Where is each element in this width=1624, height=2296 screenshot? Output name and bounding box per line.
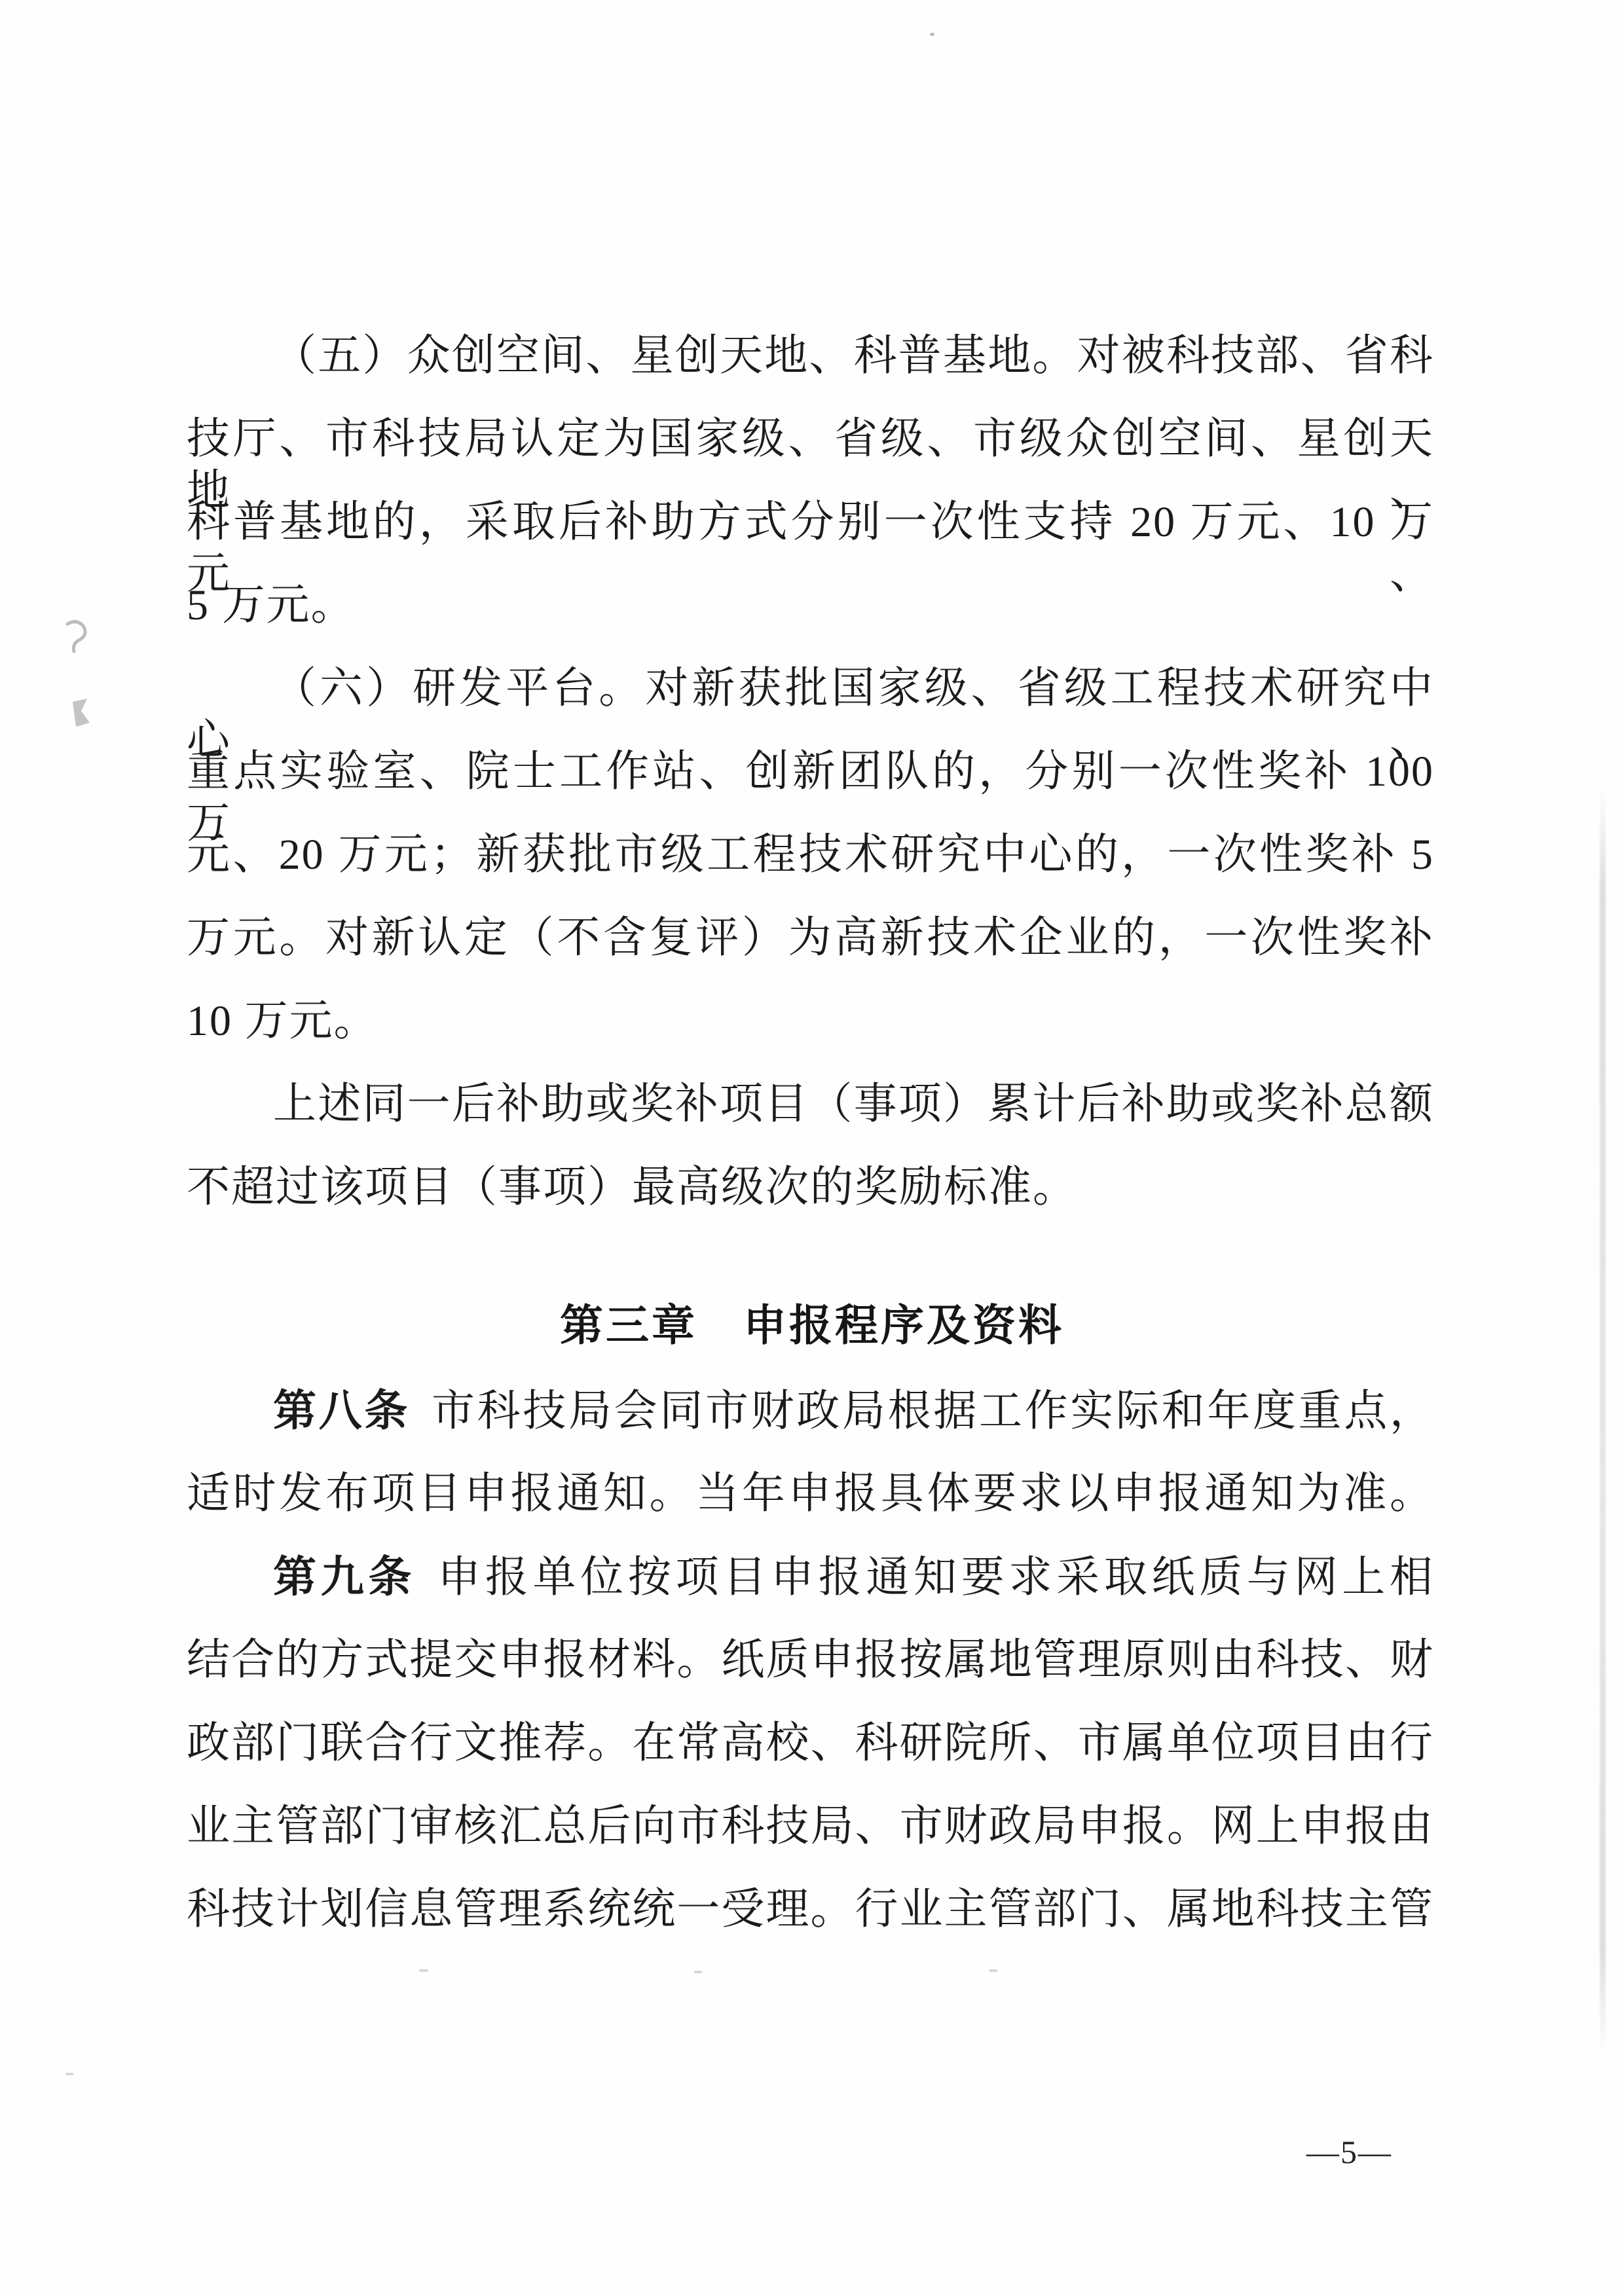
scan-speck bbox=[989, 1969, 997, 1972]
text-line: 10 万元。 bbox=[187, 995, 1434, 1047]
scan-smudge bbox=[67, 697, 95, 729]
text-body: （五）众创空间、星创天地、科普基地。对被科技部、省科技厅、市科技局认定为国家级、… bbox=[0, 0, 1624, 2296]
document-page: 第三章 申报程序及资料 （五）众创空间、星创天地、科普基地。对被科技部、省科技厅… bbox=[0, 0, 1624, 2296]
text-line: （五）众创空间、星创天地、科普基地。对被科技部、省科 bbox=[187, 330, 1434, 382]
clause-number: 第九条 bbox=[273, 1552, 416, 1601]
clause-number: 第八条 bbox=[273, 1386, 410, 1434]
scan-speck bbox=[419, 1969, 428, 1972]
text-line: 适时发布项目申报通知。当年申报具体要求以申报通知为准。 bbox=[187, 1468, 1434, 1520]
text-line: 上述同一后补助或奖补项目（事项）累计后补助或奖补总额 bbox=[187, 1078, 1434, 1130]
text-line: 政部门联合行文推荐。在常高校、科研院所、市属单位项目由行 bbox=[187, 1717, 1434, 1769]
text-line: 万元。对新认定（不含复评）为高新技术企业的，一次性奖补 bbox=[187, 912, 1434, 964]
text-line: 第九条申报单位按项目申报通知要求采取纸质与网上相 bbox=[187, 1551, 1434, 1603]
text-line: 业主管部门审核汇总后向市科技局、市财政局申报。网上申报由 bbox=[187, 1800, 1434, 1852]
text-line: 不超过该项目（事项）最高级次的奖励标准。 bbox=[187, 1161, 1434, 1213]
scan-dot bbox=[930, 33, 934, 36]
scan-streak bbox=[1600, 789, 1606, 2052]
text-line: 第八条市科技局会同市财政局根据工作实际和年度重点， bbox=[187, 1385, 1434, 1437]
text-line: 5 万元。 bbox=[187, 579, 1434, 631]
text-line: 元、20 万元；新获批市级工程技术研究中心的，一次性奖补 5 bbox=[187, 829, 1434, 881]
text-line: 科技计划信息管理系统统一受理。行业主管部门、属地科技主管 bbox=[187, 1884, 1434, 1935]
scan-speck bbox=[694, 1971, 702, 1973]
scan-speck bbox=[65, 2073, 73, 2075]
page-number: —5— bbox=[1306, 2133, 1392, 2171]
text-line: 结合的方式提交申报材料。纸质申报按属地管理原则由科技、财 bbox=[187, 1634, 1434, 1686]
scan-smudge bbox=[62, 617, 92, 657]
